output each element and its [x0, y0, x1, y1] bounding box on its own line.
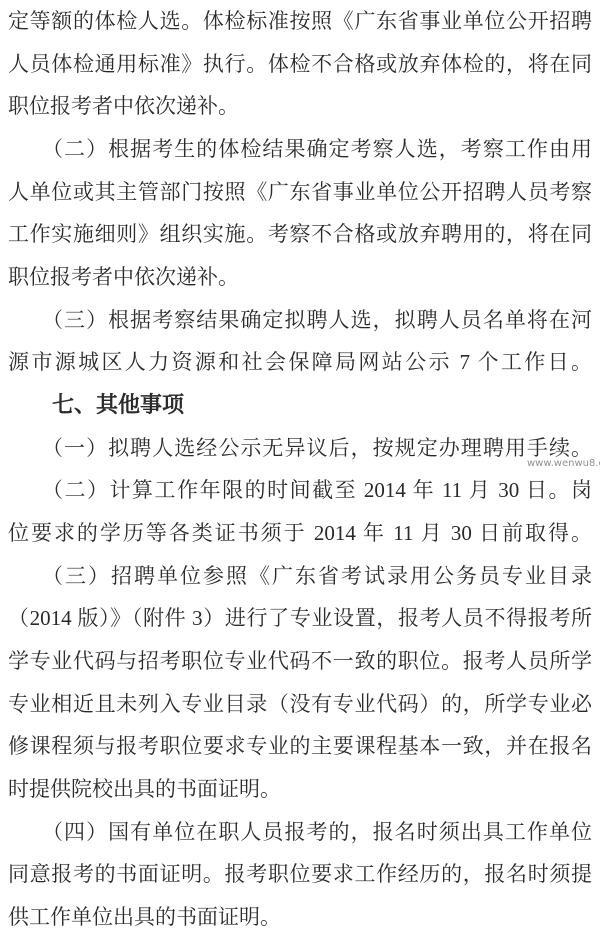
- text-line: 同意报考的书面证明。报考职位要求工作经历的，报名时须提: [8, 853, 592, 896]
- document-page: 定等额的体检人选。体检标准按照《广东省事业单位公开招聘 人员体检通用标准》执行。…: [0, 0, 600, 939]
- section-heading: 七、其他事项: [8, 384, 592, 427]
- text-line: （二）根据考生的体检结果确定考察人选，考察工作由用: [8, 128, 592, 171]
- text-line: 工作实施细则》组织实施。考察不合格或放弃聘用的，将在同: [8, 213, 592, 256]
- text-line: 定等额的体检人选。体检标准按照《广东省事业单位公开招聘: [8, 0, 592, 43]
- text-line: 人单位或其主管部门按照《广东省事业单位公开招聘人员考察: [8, 171, 592, 214]
- text-line: 专业相近且未列入专业目录（没有专业代码）的，所学专业必: [8, 683, 592, 726]
- text-line: （2014 版）》（附件 3）进行了专业设置，报考人员不得报考所: [8, 597, 592, 640]
- text-line: 学专业代码与招考职位专业代码不一致的职位。报考人员所学: [8, 640, 592, 683]
- text-line: 位要求的学历等各类证书须于 2014 年 11 月 30 日前取得。: [8, 512, 592, 555]
- text-line: 职位报考者中依次递补。: [8, 85, 592, 128]
- text-line: 修课程须与报考职位要求专业的主要课程基本一致，并在报名: [8, 725, 592, 768]
- text-line: 人员体检通用标准》执行。体检不合格或放弃体检的，将在同: [8, 43, 592, 86]
- text-line: 源市源城区人力资源和社会保障局网站公示 7 个工作日。: [8, 341, 592, 384]
- text-line: （三）根据考察结果确定拟聘人选，拟聘人员名单将在河: [8, 299, 592, 342]
- watermark-text: www.wenwu8.c: [527, 458, 600, 470]
- text-line: 职位报考者中依次递补。: [8, 256, 592, 299]
- text-line: 供工作单位出具的书面证明。: [8, 896, 592, 939]
- text-line: 时提供院校出具的书面证明。: [8, 768, 592, 811]
- text-line: （四）国有单位在职人员报考的，报名时须出具工作单位: [8, 811, 592, 854]
- text-line: （二）计算工作年限的时间截至 2014 年 11 月 30 日。岗: [8, 469, 592, 512]
- text-line: （三）招聘单位参照《广东省考试录用公务员专业目录: [8, 555, 592, 598]
- text-line: （一）拟聘人选经公示无异议后，按规定办理聘用手续。: [8, 427, 592, 470]
